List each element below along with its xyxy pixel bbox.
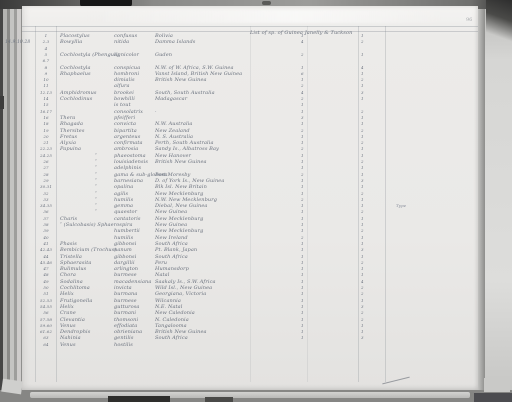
count-value: 3 xyxy=(361,178,379,184)
locality-name: Blk Isl. New Britain xyxy=(155,184,307,190)
table-row: 45.46 Sphaerasita dargillii Peru 1 2 xyxy=(22,260,478,266)
locality-name: Saakaly Is., S.W. Africa xyxy=(155,279,307,285)
count-value: 1 xyxy=(361,197,379,203)
tally-mark: 1 xyxy=(301,216,313,222)
entry-number: 26 xyxy=(36,159,56,165)
entry-number: 45.46 xyxy=(36,260,56,266)
count-value: 1 xyxy=(361,222,379,228)
entry-number: 38 xyxy=(36,222,56,228)
locality-name: British New Guinea xyxy=(155,329,307,335)
table-row: 10 dimialis British New Guinea 1 2 xyxy=(22,77,478,83)
entry-number: 22.23 xyxy=(36,146,56,152)
entry-number: 16.17 xyxy=(36,109,56,115)
entry-number: 20 xyxy=(36,134,56,140)
table-row: 2.3 Bowyllia nitida Damma Islands 4 2 xyxy=(22,39,478,45)
entry-number: 12.13 xyxy=(36,90,56,96)
table-row: 22.23 Papuina ambrosia Sandy Is., Albatr… xyxy=(22,146,478,152)
entry-number: 59.60 xyxy=(36,323,56,329)
ditto-mark: ″ xyxy=(95,197,105,203)
tally-mark: 1 xyxy=(301,260,313,266)
locality-name: N. S. Australia xyxy=(155,134,307,140)
count-value: 2 xyxy=(361,159,379,165)
entry-number: 30.31 xyxy=(36,184,56,190)
count-value: 1 xyxy=(361,323,379,329)
entry-number: 49 xyxy=(36,279,56,285)
tally-mark: 4 xyxy=(301,39,313,45)
tally-mark: 1 xyxy=(301,65,313,71)
tally-mark: 1 xyxy=(301,159,313,165)
entry-number: 34.35 xyxy=(36,203,56,209)
table-row: 42.43 Bembicium (Trochus) nanum Pt. Blan… xyxy=(22,247,478,253)
table-row: 12.13 Amphidromus brookei South, South A… xyxy=(22,90,478,96)
ditto-mark: ″ xyxy=(95,184,105,190)
count-value: 2 xyxy=(361,209,379,215)
table-row: 61.62 Dendrophis obrieniana British New … xyxy=(22,329,478,335)
table-row: 9 Rhaphaelus hombroni Vanst Island, Brit… xyxy=(22,71,478,77)
locality-name: New Caledonia xyxy=(155,310,307,316)
locality-name: Diebal, New Guinea xyxy=(155,203,307,209)
table-row: 50 Cochlitoma invicta Wild Isl., New Gui… xyxy=(22,285,478,291)
locality-name: New Mecklenburg xyxy=(155,216,307,222)
table-row: 28 ″ gama & sub-globosa Port Moresby 2 1 xyxy=(22,172,478,178)
count-value: 1 xyxy=(361,153,379,159)
locality-name: Pt. Blank, Japan xyxy=(155,247,307,253)
count-value: 1 xyxy=(361,115,379,121)
table-row: 11 alfura 2 1 xyxy=(22,83,478,89)
table-row: 34.35 ″ gemma Diebal, New Guinea 1 1 Typ… xyxy=(22,203,478,209)
entry-number: 47 xyxy=(36,266,56,272)
table-row: 29 ″ barnesiana D. of York Is., New Guin… xyxy=(22,178,478,184)
table-row: 37 Charis cantatoris New Mecklenburg 1 1 xyxy=(22,216,478,222)
table-row: 47 Bulimulus arlington Humansdorp 1 1 xyxy=(22,266,478,272)
locality-name: New Guinea xyxy=(155,222,307,228)
tally-mark: 1 xyxy=(301,109,313,115)
tally-mark: 1 xyxy=(301,165,313,171)
tally-mark: 2 xyxy=(301,52,313,58)
entry-number: 11 xyxy=(36,83,56,89)
tally-mark: 2 xyxy=(301,128,313,134)
locality-name: Vanst Island, British New Guinea xyxy=(155,71,307,77)
locality-name: Madagascar xyxy=(155,96,307,102)
locality-name: South Africa xyxy=(155,254,307,260)
tally-mark: 1 xyxy=(301,222,313,228)
tally-mark: 1 xyxy=(301,77,313,83)
entry-number: 37 xyxy=(36,216,56,222)
locality-name: Perth, South Australia xyxy=(155,140,307,146)
entry-number: 8 xyxy=(36,65,56,71)
entry-number: 40 xyxy=(36,235,56,241)
locality-name: Guden xyxy=(155,52,307,58)
locality-name: Peru xyxy=(155,260,307,266)
count-value: 2 xyxy=(361,285,379,291)
entry-number: 63 xyxy=(36,335,56,341)
tally-mark: 1 xyxy=(301,153,313,159)
locality-name: New Guinea xyxy=(155,209,307,215)
header-note: List of sp. of Guinea Janelly & Tuckson xyxy=(250,30,352,36)
locality-name: Natal xyxy=(155,272,307,278)
entry-number: 42.43 xyxy=(36,247,56,253)
count-value: 1 xyxy=(361,172,379,178)
table-row: 14 Cochlodinus bowhilli Madagascar 2 1 xyxy=(22,96,478,102)
species-name: is tout xyxy=(114,102,234,108)
count-value: 4 xyxy=(361,65,379,71)
table-row: 33 ″ humilis N.W. New Mecklenburg 2 1 xyxy=(22,197,478,203)
table-row: 44 Tristella gibbonsi South Africa 1 1 xyxy=(22,254,478,260)
count-value: 1 xyxy=(361,184,379,190)
tally-mark: 1 xyxy=(301,298,313,304)
count-value: 1 xyxy=(361,235,379,241)
count-value: 1 xyxy=(361,96,379,102)
entry-number: 54.55 xyxy=(36,304,56,310)
count-value: 1 xyxy=(361,33,379,39)
locality-name: Port Moresby xyxy=(155,172,307,178)
tally-mark: 2 xyxy=(301,172,313,178)
ditto-mark: ″ xyxy=(95,209,105,215)
ledger-page: 1 Placostylus confusus Bolivia 1 1 2.3 B… xyxy=(22,6,478,390)
entry-number: 41 xyxy=(36,241,56,247)
entry-number: 64 xyxy=(36,342,56,348)
count-value: 1 xyxy=(361,298,379,304)
locality-name: N.W. Australia xyxy=(155,121,307,127)
count-value: 1 xyxy=(361,203,379,209)
tally-mark: 1 xyxy=(301,329,313,335)
table-row: 27 ″ adelphinis 1 1 xyxy=(22,165,478,171)
entry-number: 4 xyxy=(36,46,56,52)
entry-number: 61.62 xyxy=(36,329,56,335)
tally-mark: 1 xyxy=(301,247,313,253)
count-value: 4 xyxy=(361,279,379,285)
ditto-mark: ″ xyxy=(95,178,105,184)
entry-number: 39 xyxy=(36,228,56,234)
tally-mark: 1 xyxy=(301,184,313,190)
table-row: 36 ″ quaestor New Guinea 1 2 xyxy=(22,209,478,215)
species-name: alfura xyxy=(114,83,234,89)
locality-name: N.W. of W. Africa, S.W. Guinea xyxy=(155,65,307,71)
table-row: 15 is tout 1 xyxy=(22,102,478,108)
page-corner-highlight xyxy=(484,378,510,392)
tally-mark: 1 xyxy=(301,209,313,215)
locality-name: Wilcannia xyxy=(155,298,307,304)
entry-number: 19 xyxy=(36,128,56,134)
table-row: 18 Rhagada convicta N.W. Australia 1 1 xyxy=(22,121,478,127)
margin-date: 14.9.10.28 xyxy=(5,40,30,46)
tally-mark: 2 xyxy=(301,146,313,152)
page-number: 96 xyxy=(466,17,472,23)
entry-number: 36 xyxy=(36,209,56,215)
entry-number: 44 xyxy=(36,254,56,260)
tally-mark: 1 xyxy=(301,191,313,197)
locality-name: Damma Islands xyxy=(155,39,307,45)
locality-name: New Ireland xyxy=(155,235,307,241)
entry-number: 2.3 xyxy=(36,39,56,45)
count-value: 1 xyxy=(361,329,379,335)
locality-name: New Zealand xyxy=(155,128,307,134)
count-value: 3 xyxy=(361,304,379,310)
count-value: 1 xyxy=(361,134,379,140)
entry-number: 48 xyxy=(36,272,56,278)
count-value: 1 xyxy=(361,216,379,222)
ink-stroke-mark xyxy=(382,377,409,385)
locality-name: Wild Isl., New Guinea xyxy=(155,285,307,291)
tally-mark: 1 xyxy=(301,228,313,234)
locality-name: N.E. Natal xyxy=(155,304,307,310)
locality-name: New Mecklenburg xyxy=(155,191,307,197)
locality-name: South, South Australia xyxy=(155,90,307,96)
count-value: 2 xyxy=(361,317,379,323)
species-name: pfeifferi xyxy=(114,115,234,121)
corner-shadow xyxy=(486,0,512,44)
count-value: 2 xyxy=(361,310,379,316)
locality-name: New Hanover xyxy=(155,153,307,159)
table-row: 59.60 Venus effodiata Tangalooma 1 1 xyxy=(22,323,478,329)
count-value: 3 xyxy=(361,90,379,96)
tally-mark: 1 xyxy=(301,241,313,247)
entry-number: 16 xyxy=(36,115,56,121)
count-value: 2 xyxy=(361,77,379,83)
tally-mark: 2 xyxy=(301,197,313,203)
binding-notch xyxy=(0,96,4,109)
count-value: 1 xyxy=(361,272,379,278)
facing-page-edge xyxy=(485,0,512,402)
glare-streak xyxy=(82,10,472,23)
table-row: 41 Phasis gibbonsi South Africa 1 1 xyxy=(22,241,478,247)
entry-number: 32 xyxy=(36,191,56,197)
locality-name: N. Caledonia xyxy=(155,317,307,323)
count-value: 1 xyxy=(361,241,379,247)
count-value: 2 xyxy=(361,109,379,115)
entry-number: 1 xyxy=(36,33,56,39)
count-value: 2 xyxy=(361,291,379,297)
entry-number: 28 xyxy=(36,172,56,178)
locality-name: D. of York Is., New Guinea xyxy=(155,178,307,184)
locality-name: Georgiana, Victoria xyxy=(155,291,307,297)
locality-name: British New Guinea xyxy=(155,159,307,165)
binding-shadow-bottom xyxy=(205,397,233,402)
scanned-ledger-photo: 1 Placostylus confusus Bolivia 1 1 2.3 B… xyxy=(0,0,512,402)
table-row: 32 ″ agilis New Mecklenburg 1 2 xyxy=(22,191,478,197)
type-annotation: Type xyxy=(396,203,422,209)
tally-mark: 1 xyxy=(301,121,313,127)
table-row: 21 Alyxia confirmata Perth, South Austra… xyxy=(22,140,478,146)
count-value: 2 xyxy=(361,140,379,146)
tally-mark: 4 xyxy=(301,90,313,96)
table-row: 16.17 consolatrix · 1 2 xyxy=(22,109,478,115)
count-value: 1 xyxy=(361,52,379,58)
entry-number: 18 xyxy=(36,121,56,127)
locality-name: New Mecklenburg xyxy=(155,228,307,234)
tally-mark: 1 xyxy=(301,317,313,323)
table-row: 40 humilis New Ireland 2 1 xyxy=(22,235,478,241)
table-row: 51 Helix burmana Georgiana, Victoria 1 2 xyxy=(22,291,478,297)
entry-number: 10 xyxy=(36,77,56,83)
ditto-mark: ″ xyxy=(95,191,105,197)
table-row: 56 Crane burmani New Caledonia 1 2 xyxy=(22,310,478,316)
entry-number: 29 xyxy=(36,178,56,184)
locality-name: South Africa xyxy=(155,241,307,247)
count-value: 1 xyxy=(361,83,379,89)
locality-name: Sandy Is., Albatross Bay xyxy=(155,146,307,152)
entry-number: 33 xyxy=(36,197,56,203)
tally-mark: 1 xyxy=(301,310,313,316)
table-row: 64 Venus hostilis xyxy=(22,342,478,348)
tally-mark: 1 xyxy=(301,304,313,310)
table-row: 8 Cochlostyla conspicua N.W. of W. Afric… xyxy=(22,65,478,71)
tally-mark: 2 xyxy=(301,96,313,102)
table-row: 19 Thersites bipartita New Zealand 2 2 xyxy=(22,128,478,134)
count-value: 1 xyxy=(361,266,379,272)
table-row: 49 Sodalina macadensiana Saakaly Is., S.… xyxy=(22,279,478,285)
tally-mark: 1 xyxy=(301,203,313,209)
ditto-mark: ″ xyxy=(95,203,105,209)
entry-number: 50 xyxy=(36,285,56,291)
table-row: 38 ″ (Sulcobasis) Sphaerospira New Guine… xyxy=(22,222,478,228)
genus-name: ″ (Sulcobasis) Sphaerospira xyxy=(60,222,140,228)
entry-number: 14 xyxy=(36,96,56,102)
table-row: 30.31 ″ opalina Blk Isl. New Britain 1 1 xyxy=(22,184,478,190)
count-value: 1 xyxy=(361,254,379,260)
entry-number: 57.58 xyxy=(36,317,56,323)
tally-mark: 1 xyxy=(301,102,313,108)
species-name: hostilis xyxy=(114,342,234,348)
entry-number: 56 xyxy=(36,310,56,316)
count-value: 2 xyxy=(361,260,379,266)
table-row: 26 ″ louisiadensis British New Guinea 1 … xyxy=(22,159,478,165)
entry-number: 52.53 xyxy=(36,298,56,304)
locality-name: British New Guinea xyxy=(155,77,307,83)
entry-number: 5 xyxy=(36,52,56,58)
count-value: 1 xyxy=(361,121,379,127)
ditto-mark: ″ xyxy=(95,159,105,165)
table-row: 54.55 Helix gutturosa N.E. Natal 1 3 xyxy=(22,304,478,310)
count-value: 3 xyxy=(361,335,379,341)
tally-mark: 3 xyxy=(301,115,313,121)
table-row: 20 Fretus argenteus N. S. Australia 1 1 xyxy=(22,134,478,140)
ditto-mark: ″ xyxy=(95,172,105,178)
table-row: 24.25 ″ phaeostoma New Hanover 1 1 xyxy=(22,153,478,159)
count-value: 3 xyxy=(361,247,379,253)
tally-mark: 1 xyxy=(301,291,313,297)
tally-mark: 1 xyxy=(301,178,313,184)
locality-name: Tangalooma xyxy=(155,323,307,329)
ditto-mark: ″ xyxy=(95,165,105,171)
tally-mark: 1 xyxy=(301,323,313,329)
tally-mark: 6 xyxy=(301,71,313,77)
table-row: 39 humbertii New Mecklenburg 1 2 xyxy=(22,228,478,234)
count-value: 2 xyxy=(361,128,379,134)
count-value: 1 xyxy=(361,165,379,171)
count-value: 1 xyxy=(361,146,379,152)
page-corner-highlight xyxy=(1,379,23,395)
tally-mark: 1 xyxy=(301,254,313,260)
tally-mark: 1 xyxy=(301,335,313,341)
locality-name: South Africa xyxy=(155,335,307,341)
tally-mark: 2 xyxy=(301,83,313,89)
locality-name: N.W. New Mecklenburg xyxy=(155,197,307,203)
count-value: 2 xyxy=(361,39,379,45)
corner-shadow-bottom xyxy=(474,393,512,402)
entry-number: 9 xyxy=(36,71,56,77)
desk-strip xyxy=(30,392,470,398)
tally-mark: 1 xyxy=(301,279,313,285)
table-row: 57.58 Clevantia thomsoni N. Caledonia 1 … xyxy=(22,317,478,323)
table-row: 48 Chora burmese Natal 1 1 xyxy=(22,272,478,278)
species-name: adelphinis xyxy=(114,165,234,171)
table-row: 4 xyxy=(22,46,478,52)
count-value: 1 xyxy=(361,71,379,77)
table-row: 52.53 Frutigonella burmese Wilcannia 1 1 xyxy=(22,298,478,304)
table-row: 6.7 xyxy=(22,58,478,64)
tally-mark: 1 xyxy=(301,140,313,146)
binding-shadow-bottom xyxy=(108,396,170,402)
table-row: 5 Cochlostyla (Phengus) lignicolor Guden… xyxy=(22,52,478,58)
page-right-edge xyxy=(478,6,485,390)
entry-number: 24.25 xyxy=(36,153,56,159)
tally-mark: 1 xyxy=(301,272,313,278)
tally-mark: 1 xyxy=(301,285,313,291)
entry-number: 21 xyxy=(36,140,56,146)
table-row: 16 Thera pfeifferi 3 1 xyxy=(22,115,478,121)
count-value: 2 xyxy=(361,191,379,197)
binding-mark xyxy=(262,1,271,5)
ditto-mark: ″ xyxy=(95,153,105,159)
entry-number: 15 xyxy=(36,102,56,108)
locality-name: Humansdorp xyxy=(155,266,307,272)
entry-number: 27 xyxy=(36,165,56,171)
entry-number: 6.7 xyxy=(36,58,56,64)
table-row: 63 Nahinia gentilis South Africa 1 3 xyxy=(22,335,478,341)
tally-mark: 1 xyxy=(301,266,313,272)
tally-mark: 1 xyxy=(301,134,313,140)
tally-mark: 2 xyxy=(301,235,313,241)
locality-name: · xyxy=(155,109,307,115)
entry-number: 51 xyxy=(36,291,56,297)
count-value: 2 xyxy=(361,228,379,234)
